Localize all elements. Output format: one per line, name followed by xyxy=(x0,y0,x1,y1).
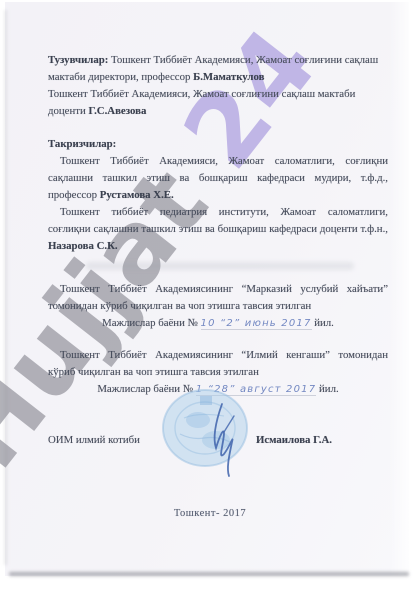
page-curl-highlight xyxy=(389,2,409,576)
minutes-line-1: Мажлислар баёни № 10 “2” июнь 2017 йил. xyxy=(48,315,388,332)
stamp-ink xyxy=(163,390,247,466)
compilers-entry-1-name: Б.Маматкулов xyxy=(193,71,264,83)
page-bottom-edge-shadow xyxy=(9,572,409,576)
compilers-entry-1: Тузувчилар: Тошкент Тиббиёт Академияси, … xyxy=(48,52,388,86)
reviewer-entry-1-name: Рустамова Х.Е. xyxy=(100,189,174,201)
official-stamp xyxy=(160,384,260,494)
compilers-entry-2: Тошкент Тиббиёт Академияси, Жамоат соғли… xyxy=(48,86,388,120)
compilers-entry-2-name: Г.С.Авезова xyxy=(88,105,146,117)
secretary-title: ОИМ илмий котиби xyxy=(48,432,140,449)
page-left-edge-shadow xyxy=(4,10,7,565)
footer-city-year: Тошкент- 2017 xyxy=(0,508,420,519)
reviewers-heading: Такризчилар: xyxy=(48,136,388,153)
compilers-label: Тузувчилар: xyxy=(48,54,108,66)
minutes-2-suffix: йил. xyxy=(316,383,338,395)
reviewer-entry-2-name: Назарова С.К. xyxy=(48,240,118,252)
approval-scientific-council: Тошкент Тиббиёт Академиясининг “Илмий ке… xyxy=(48,347,388,381)
reviewer-entry-2: Тошкент тиббиёт педиатрия институти, Жам… xyxy=(48,204,388,255)
reviewer-entry-1: Тошкент Тиббиёт Академияси, Жамоат салом… xyxy=(48,153,388,204)
reviewer-entry-2-text: Тошкент тиббиёт педиатрия институти, Жам… xyxy=(48,206,388,235)
secretary-name: Исмаилова Г.А. xyxy=(256,432,388,449)
minutes-1-suffix: йил. xyxy=(312,317,334,329)
minutes-1-label: Мажлислар баёни № xyxy=(102,317,200,329)
minutes-1-handwritten-entry: 10 “2” июнь 2017 xyxy=(201,318,312,330)
approval-methodical-council: Тошкент Тиббиёт Академиясининг “Марказий… xyxy=(48,281,388,315)
